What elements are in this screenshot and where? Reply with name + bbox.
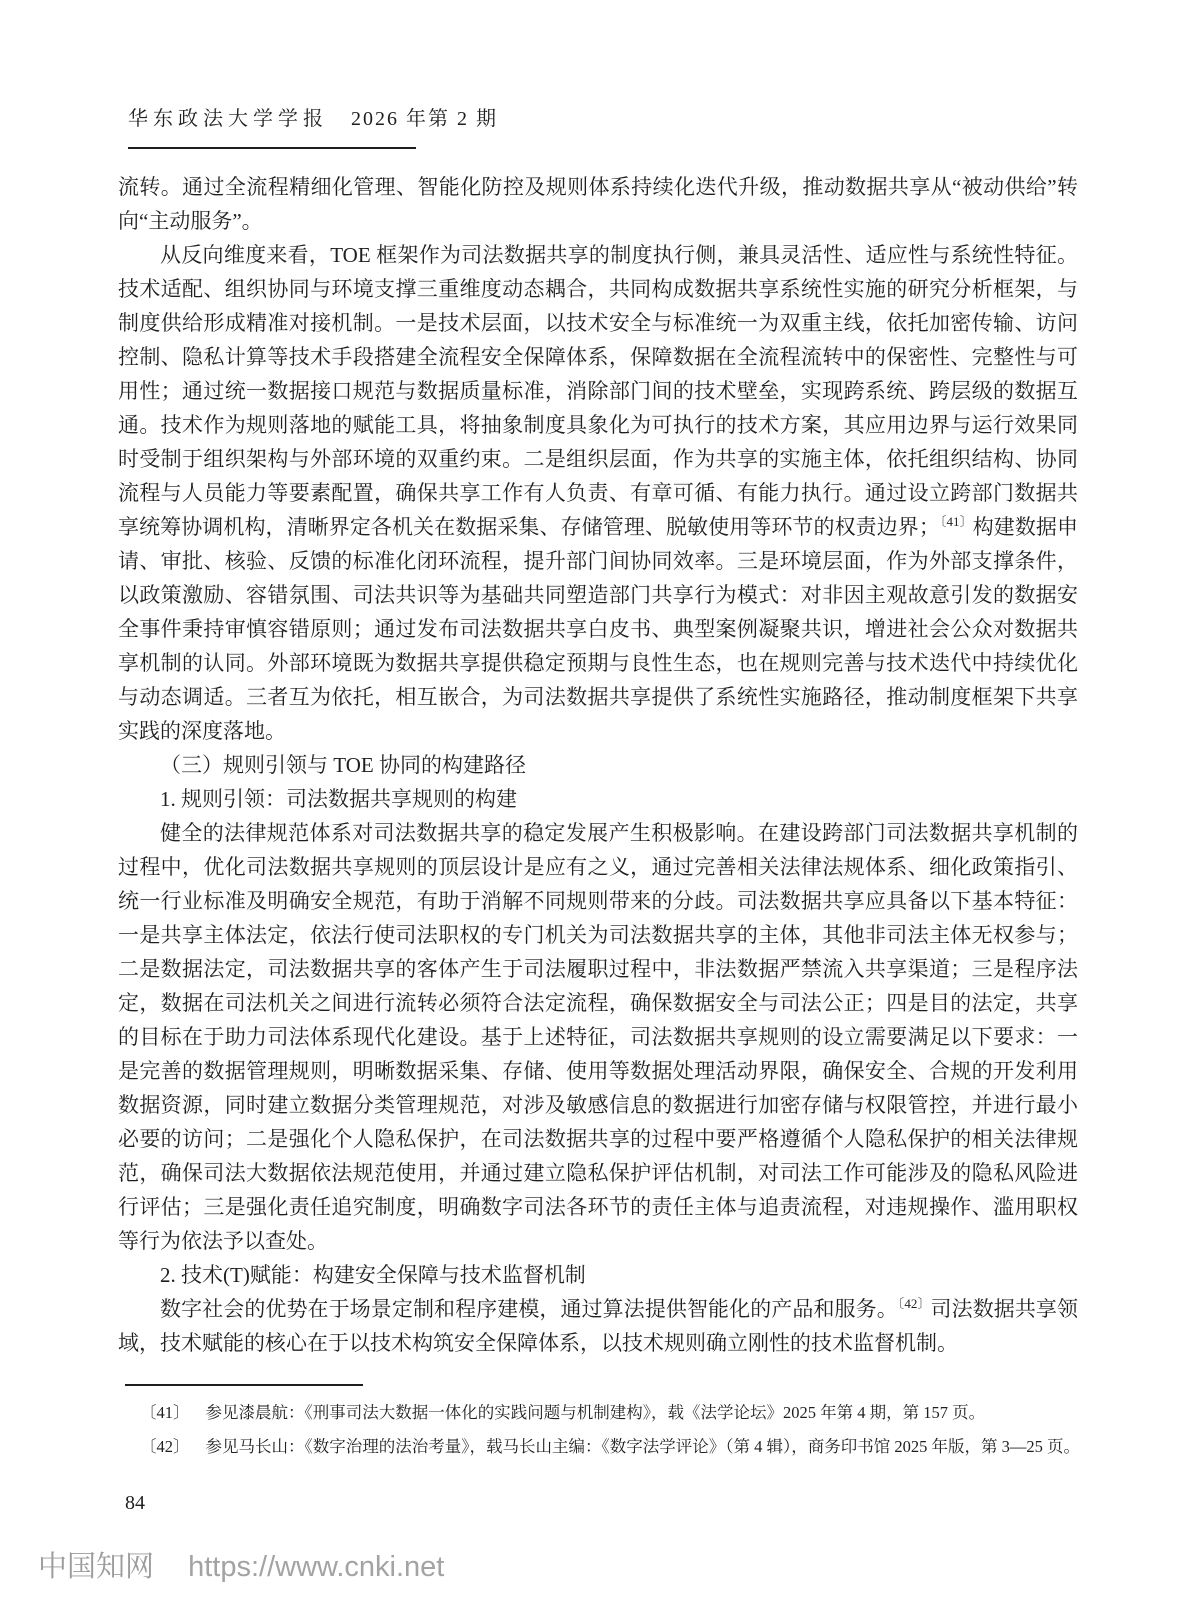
paragraph-run: 构建数据申请、审批、核验、反馈的标准化闭环流程，提升部门间协同效率。三是环境层面… — [118, 515, 1078, 743]
paragraph-run: 健全的法律规范体系对司法数据共享的稳定发展产生积极影响。在建设跨部门司法数据共享… — [118, 821, 1078, 1253]
header-divider — [128, 147, 416, 149]
paragraph-run: （三）规则引领与 TOE 协同的构建路径 — [160, 753, 526, 777]
footnote-text: 参见马长山：《数字治理的法治考量》，载马长山主编：《数字法学评论》（第 4 辑）… — [206, 1437, 1081, 1456]
paragraph-run: 2. 技术(T)赋能：构建安全保障与技术监督机制 — [160, 1263, 586, 1287]
cnki-watermark: 中国知网 https://www.cnki.net — [38, 1544, 444, 1585]
footnote-marker: 〔42〕 — [140, 1437, 190, 1456]
journal-title: 华东政法大学学报 — [128, 108, 328, 130]
body-text: 流转。通过全流程精细化管理、智能化防控及规则体系持续化迭代升级，推动数据共享从“… — [118, 170, 1078, 1360]
paragraph-run: 从反向维度来看，TOE 框架作为司法数据共享的制度执行侧，兼具灵活性、适应性与系… — [118, 243, 1078, 539]
page-number: 84 — [125, 1492, 145, 1515]
journal-page: 华东政法大学学报 2026 年第 2 期 流转。通过全流程精细化管理、智能化防控… — [0, 0, 1190, 1614]
cnki-logo-text: 中国知网 — [38, 1551, 154, 1583]
paragraph-run: 数字社会的优势在于场景定制和程序建模，通过算法提供智能化的产品和服务。 — [160, 1297, 898, 1321]
running-header: 华东政法大学学报 2026 年第 2 期 — [128, 102, 498, 131]
cnki-url: https://www.cnki.net — [188, 1551, 444, 1583]
body-paragraph: （三）规则引领与 TOE 协同的构建路径 — [118, 748, 1078, 782]
paragraph-run: 1. 规则引领：司法数据共享规则的构建 — [160, 787, 517, 811]
footnote-separator — [125, 1384, 363, 1386]
footnote-item: 〔42〕参见马长山：《数字治理的法治考量》，载马长山主编：《数字法学评论》（第 … — [140, 1430, 1085, 1464]
body-paragraph: 从反向维度来看，TOE 框架作为司法数据共享的制度执行侧，兼具灵活性、适应性与系… — [118, 238, 1078, 748]
body-paragraph: 1. 规则引领：司法数据共享规则的构建 — [118, 782, 1078, 816]
body-paragraph: 数字社会的优势在于场景定制和程序建模，通过算法提供智能化的产品和服务。〔42〕司… — [118, 1292, 1078, 1360]
issue-label: 2026 年第 2 期 — [351, 108, 498, 130]
footnote-marker: 〔41〕 — [140, 1403, 190, 1422]
footnote-text: 参见漆晨航：《刑事司法大数据一体化的实践问题与机制建构》，载《法学论坛》2025… — [206, 1403, 986, 1422]
footnote-ref: 〔42〕 — [898, 1296, 931, 1311]
body-paragraph: 2. 技术(T)赋能：构建安全保障与技术监督机制 — [118, 1258, 1078, 1292]
body-paragraph: 流转。通过全流程精细化管理、智能化防控及规则体系持续化迭代升级，推动数据共享从“… — [118, 170, 1078, 238]
footnote-item: 〔41〕参见漆晨航：《刑事司法大数据一体化的实践问题与机制建构》，载《法学论坛》… — [140, 1396, 1085, 1430]
footnote-ref: 〔41〕 — [940, 514, 973, 529]
body-paragraph: 健全的法律规范体系对司法数据共享的稳定发展产生积极影响。在建设跨部门司法数据共享… — [118, 816, 1078, 1258]
paragraph-run: 流转。通过全流程精细化管理、智能化防控及规则体系持续化迭代升级，推动数据共享从“… — [118, 175, 1078, 233]
footnotes: 〔41〕参见漆晨航：《刑事司法大数据一体化的实践问题与机制建构》，载《法学论坛》… — [140, 1396, 1085, 1464]
